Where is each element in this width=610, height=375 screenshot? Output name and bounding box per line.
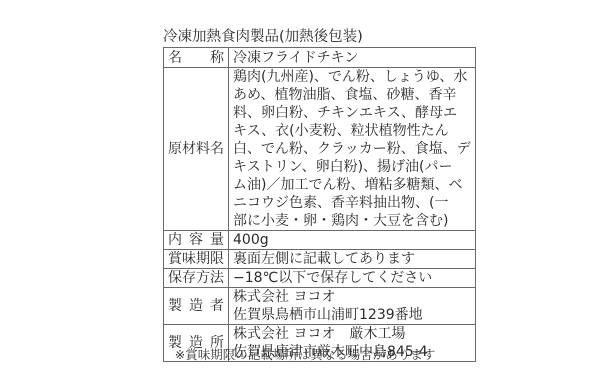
key-ingredients: 原材料名 <box>164 68 229 231</box>
manufacturer-address: 佐賀県鳥栖市山浦町1239番地 <box>233 306 471 324</box>
ingredients-line: 鶏肉(九州産)、でん粉、しょうゆ、水 <box>233 68 471 86</box>
value-expiry: 裏面左側に記載してあります <box>229 250 476 269</box>
expiry-location-note: ※賞味期限の記載場所は異なる場合があります <box>0 345 610 363</box>
key-expiry: 賞味期限 <box>164 250 229 269</box>
key-manufacturer: 製造者 <box>164 288 229 325</box>
label-title: 冷凍加熱食肉製品(加熱後包装) <box>163 25 363 46</box>
ingredients-line: キストリン、卵白粉)、揚げ油(パー <box>233 158 471 176</box>
factory-company: 株式会社 ヨコオ 厳木工場 <box>233 325 471 343</box>
ingredients-line: 料、卵白粉、チキンエキス、酵母エ <box>233 104 471 122</box>
ingredients-line: 白、でん粉、クラッカー粉、食塩、デ <box>233 140 471 158</box>
value-ingredients: 鶏肉(九州産)、でん粉、しょうゆ、水 あめ、植物油脂、食塩、砂糖、香辛 料、卵白… <box>229 68 476 231</box>
value-name: 冷凍フライドチキン <box>229 48 476 68</box>
row-ingredients: 原材料名 鶏肉(九州産)、でん粉、しょうゆ、水 あめ、植物油脂、食塩、砂糖、香辛… <box>164 68 476 231</box>
key-content: 内容量 <box>164 231 229 250</box>
ingredients-line: キス、衣(小麦粉、粒状植物性たん <box>233 122 471 140</box>
ingredients-line: ム油)／加工でん粉、増粘多糖類、ベ <box>233 176 471 194</box>
food-label-table: 名 称 冷凍フライドチキン 原材料名 鶏肉(九州産)、でん粉、しょうゆ、水 あめ… <box>163 47 476 362</box>
value-manufacturer: 株式会社 ヨコオ 佐賀県鳥栖市山浦町1239番地 <box>229 288 476 325</box>
row-content: 内容量 400g <box>164 231 476 250</box>
ingredients-line: あめ、植物油脂、食塩、砂糖、香辛 <box>233 86 471 104</box>
ingredients-line: ニコウジ色素、香辛料抽出物、(一 <box>233 194 471 212</box>
row-storage: 保存方法 −18℃以下で保存してください <box>164 269 476 288</box>
value-storage: −18℃以下で保存してください <box>229 269 476 288</box>
key-storage: 保存方法 <box>164 269 229 288</box>
manufacturer-company: 株式会社 ヨコオ <box>233 288 471 306</box>
key-name: 名 称 <box>164 48 229 68</box>
row-manufacturer: 製造者 株式会社 ヨコオ 佐賀県鳥栖市山浦町1239番地 <box>164 288 476 325</box>
row-name: 名 称 冷凍フライドチキン <box>164 48 476 68</box>
value-content: 400g <box>229 231 476 250</box>
row-expiry: 賞味期限 裏面左側に記載してあります <box>164 250 476 269</box>
ingredients-line: 部に小麦・卵・鶏肉・大豆を含む) <box>233 212 471 230</box>
